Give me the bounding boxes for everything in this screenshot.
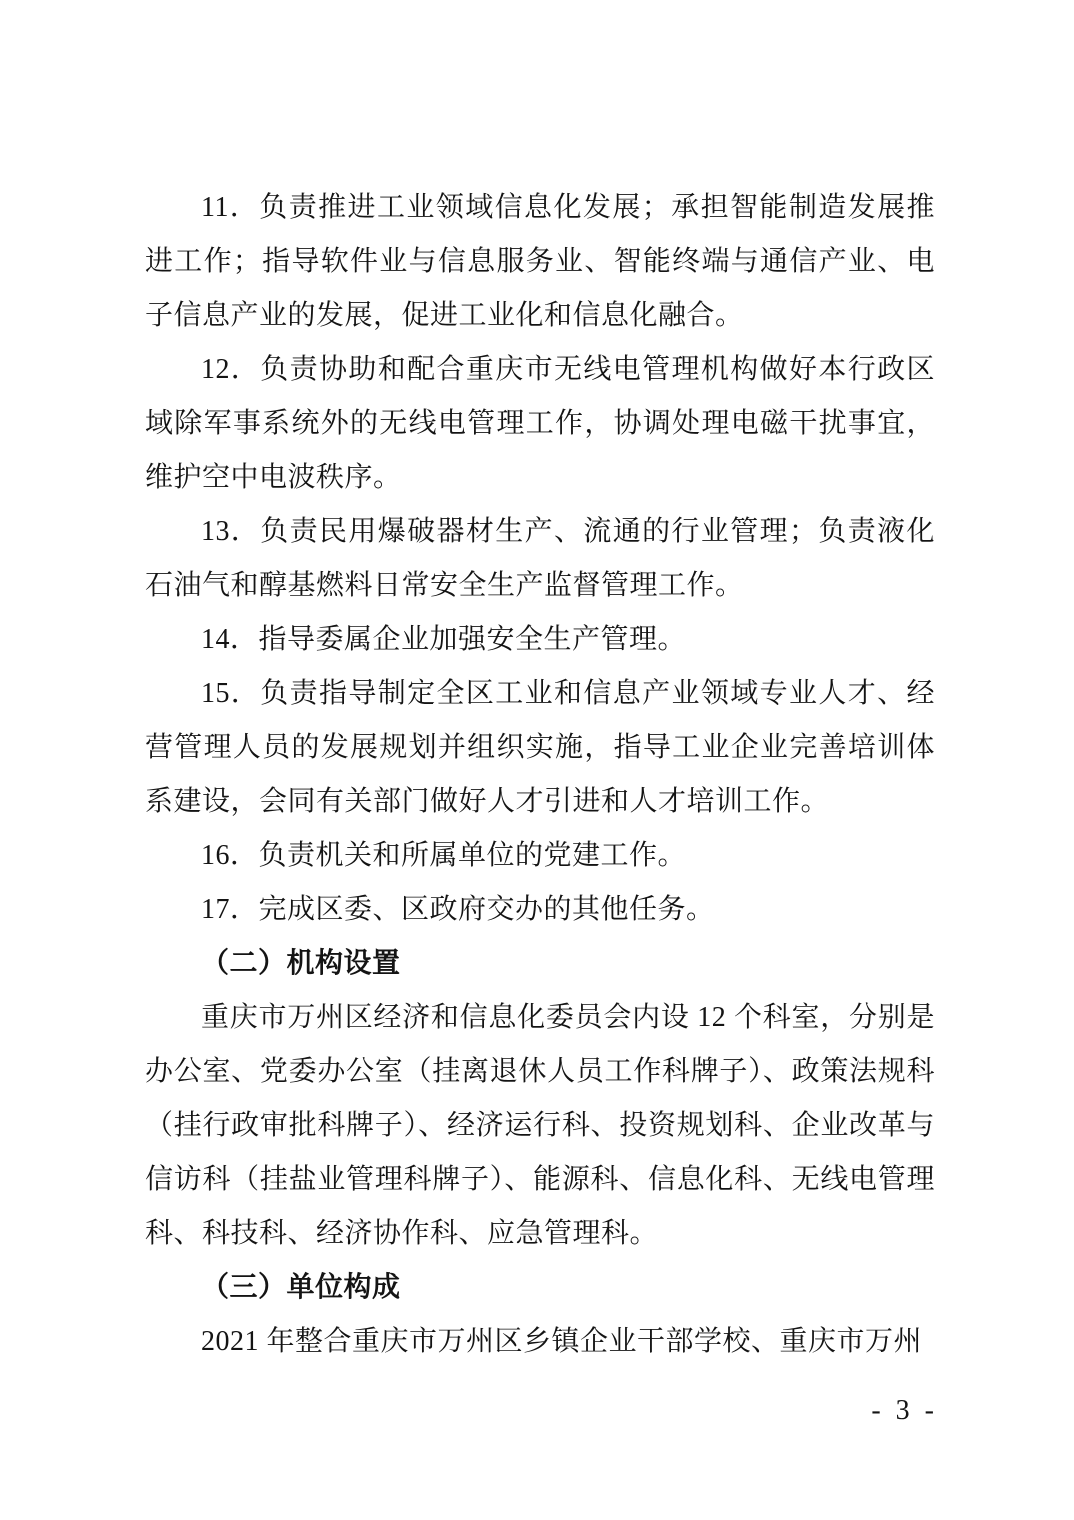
- section-heading-organization-setup: （二）机构设置: [145, 937, 935, 991]
- body-paragraph-16: 16．负责机关和所属单位的党建工作。: [145, 829, 935, 883]
- document-body: 11．负责推进工业领域信息化发展；承担智能制造发展推进工作；指导软件业与信息服务…: [145, 181, 935, 1369]
- body-paragraph-11: 11．负责推进工业领域信息化发展；承担智能制造发展推进工作；指导软件业与信息服务…: [145, 181, 935, 343]
- body-paragraph-2021: 2021 年整合重庆市万州区乡镇企业干部学校、重庆市万州: [145, 1315, 935, 1369]
- document-page: 11．负责推进工业领域信息化发展；承担智能制造发展推进工作；指导软件业与信息服务…: [0, 0, 1074, 1520]
- body-paragraph-12: 12．负责协助和配合重庆市无线电管理机构做好本行政区域除军事系统外的无线电管理工…: [145, 343, 935, 505]
- body-paragraph-15: 15．负责指导制定全区工业和信息产业领域专业人才、经营管理人员的发展规划并组织实…: [145, 667, 935, 829]
- body-paragraph-17: 17．完成区委、区政府交办的其他任务。: [145, 883, 935, 937]
- body-paragraph-13: 13．负责民用爆破器材生产、流通的行业管理；负责液化石油气和醇基燃料日常安全生产…: [145, 505, 935, 613]
- body-paragraph-14: 14．指导委属企业加强安全生产管理。: [145, 613, 935, 667]
- page-number: - 3 -: [871, 1396, 938, 1426]
- body-paragraph-departments: 重庆市万州区经济和信息化委员会内设 12 个科室，分别是办公室、党委办公室（挂离…: [145, 991, 935, 1261]
- section-heading-unit-composition: （三）单位构成: [145, 1261, 935, 1315]
